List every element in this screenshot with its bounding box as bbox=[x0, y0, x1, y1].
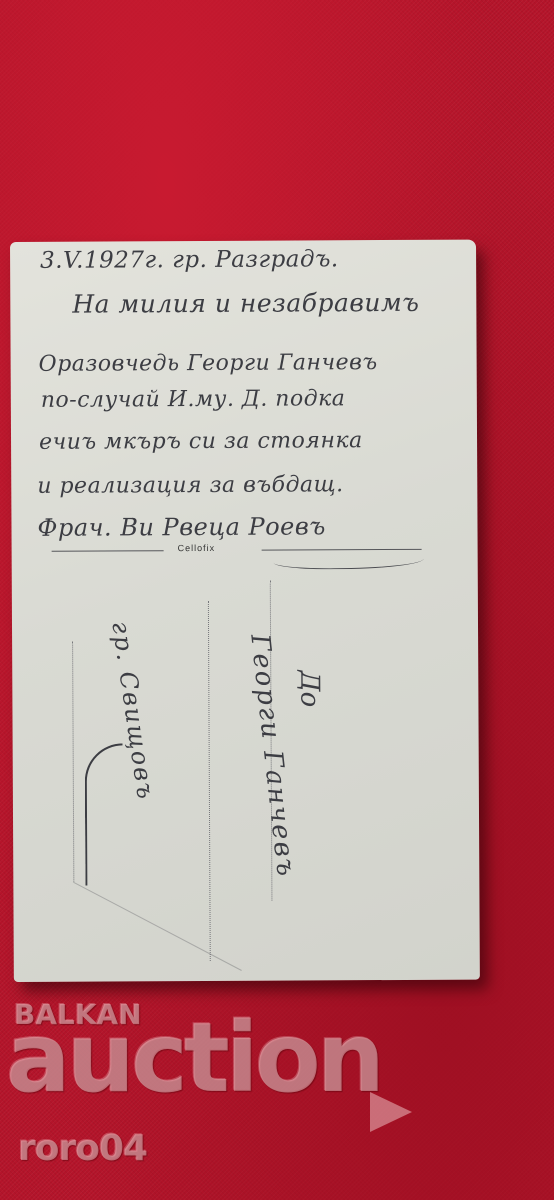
printed-divider-left bbox=[52, 550, 164, 552]
message-line: ечиъ мкъръ си за стоянка bbox=[39, 428, 363, 455]
printed-divider-right bbox=[262, 549, 422, 551]
address-dotted-line bbox=[208, 601, 211, 961]
message-line: На милия и незабравимъ bbox=[72, 288, 419, 319]
address-dotted-line bbox=[72, 642, 74, 882]
printed-brand: Cellofix bbox=[178, 543, 216, 553]
address-line-to: До bbox=[294, 670, 324, 707]
signature-flourish bbox=[274, 552, 424, 570]
address-line-name: Георги Ганчевъ bbox=[244, 633, 301, 880]
watermark-play-arrow-icon bbox=[370, 1092, 412, 1132]
message-date-line: 3.V.1927г. гр. Разградъ. bbox=[40, 246, 339, 274]
message-line: и реализация за въбдащ. bbox=[37, 472, 343, 499]
address-underline-flourish bbox=[85, 743, 124, 885]
message-signature: Фрач. Ви Рвеца Роевъ bbox=[37, 512, 325, 542]
watermark-username: roro04 bbox=[18, 1128, 147, 1169]
message-line: Оразовчедь Георги Ганчевъ bbox=[39, 350, 378, 377]
watermark-auction: auction bbox=[6, 1010, 381, 1106]
card-crease bbox=[73, 882, 242, 971]
postcard: 3.V.1927г. гр. Разградъ. На милия и неза… bbox=[10, 240, 480, 982]
message-line: по-случай И.му. Д. подка bbox=[41, 386, 346, 413]
